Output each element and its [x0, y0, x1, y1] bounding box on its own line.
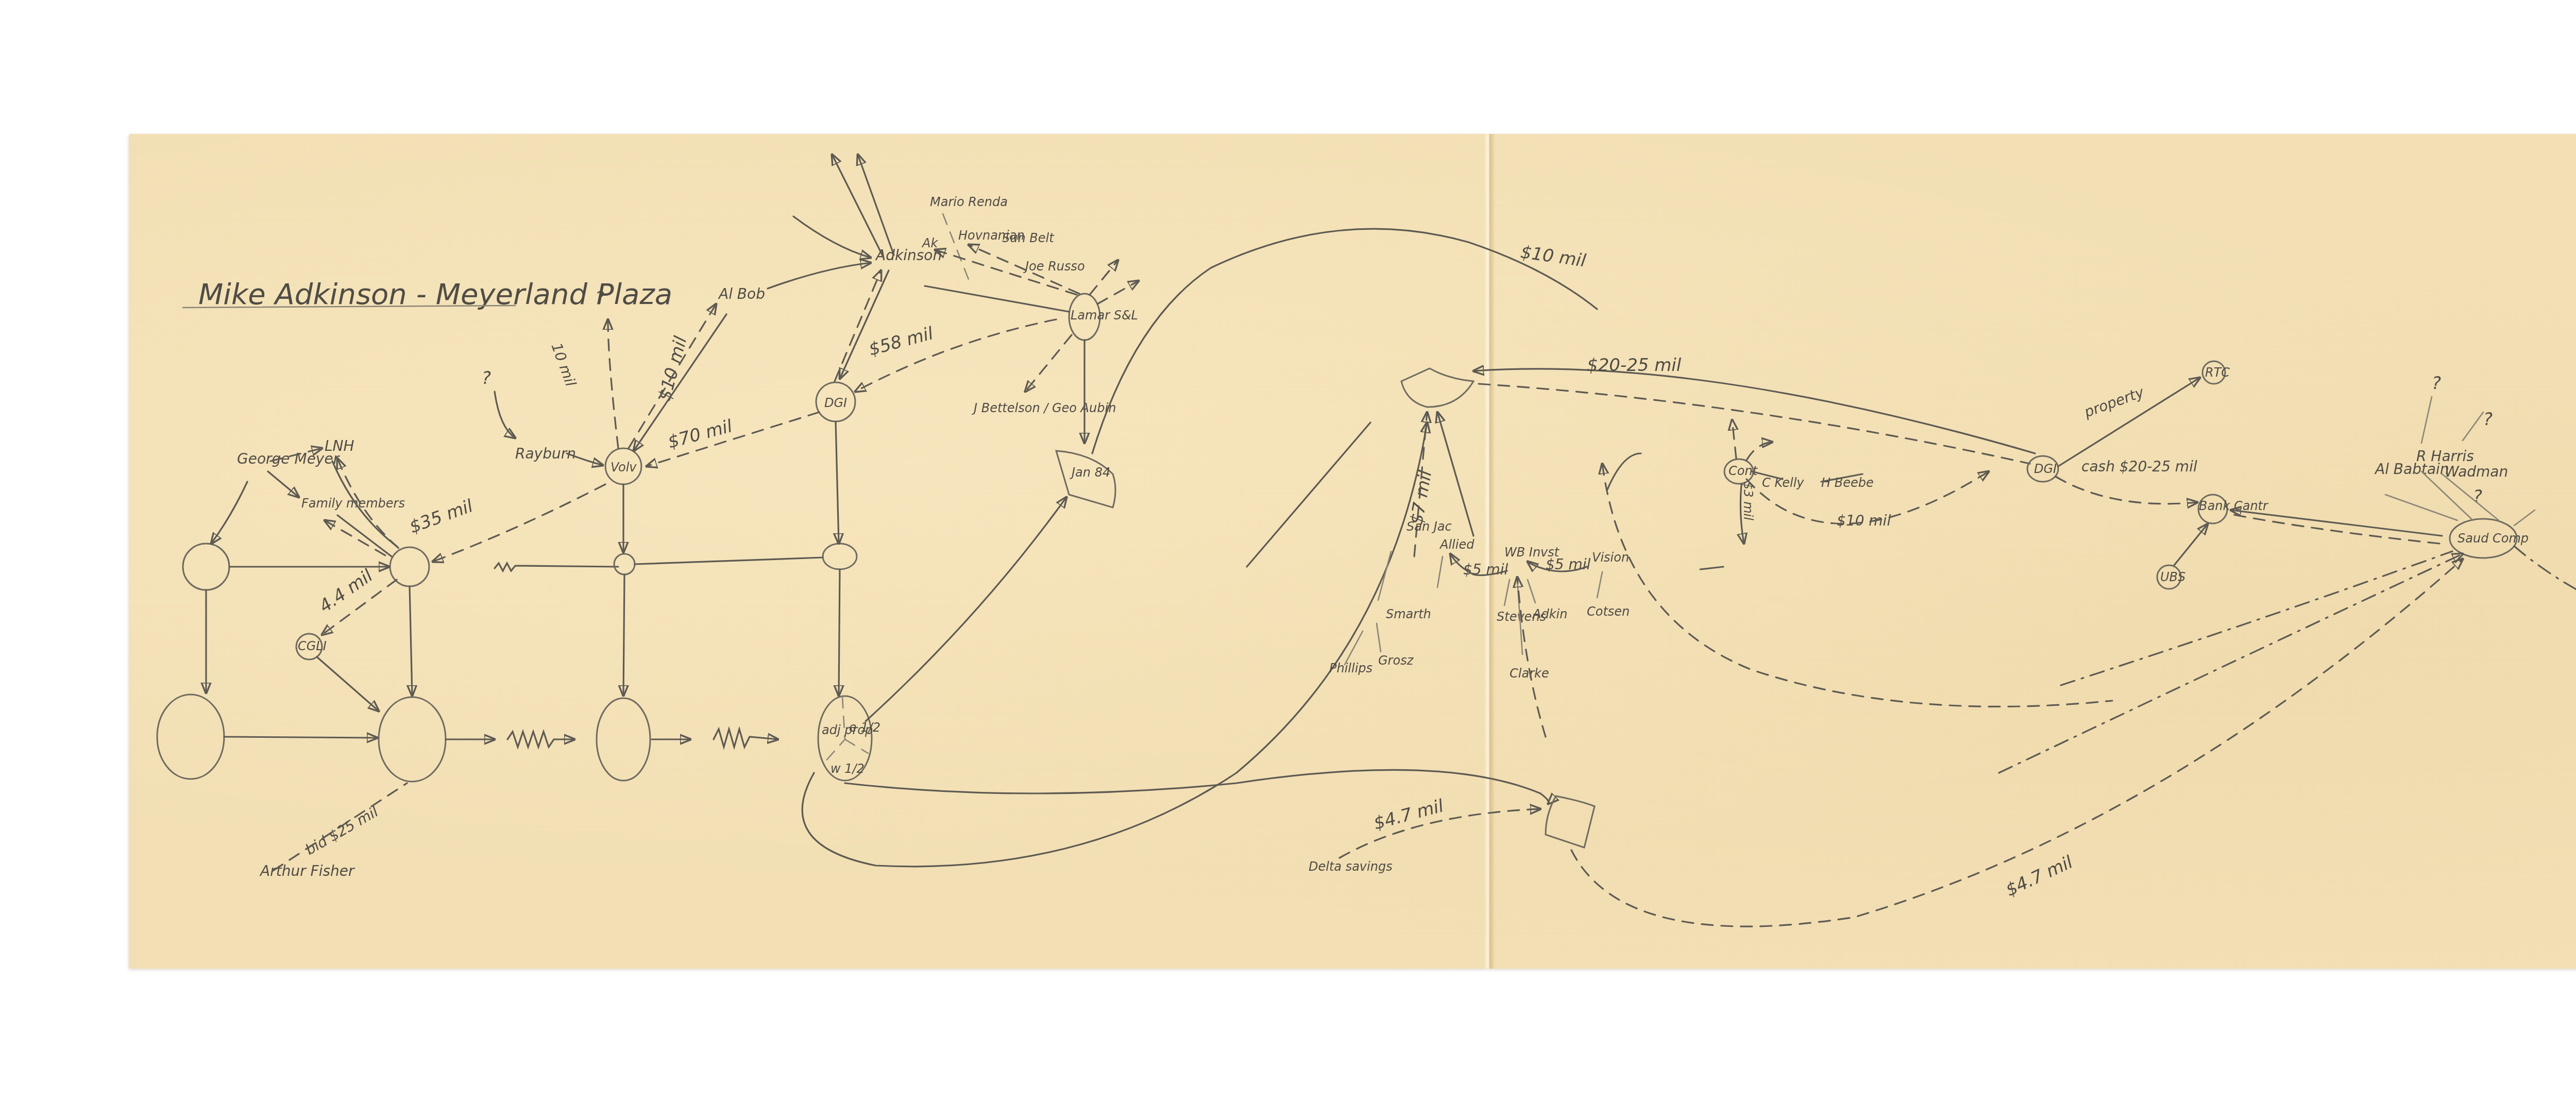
label-lnh: LNH — [325, 437, 354, 454]
label-cotsen: Cotsen — [1587, 604, 1630, 619]
label-e-half: e 1/2 — [849, 720, 880, 735]
label-question-top: ? — [595, 288, 604, 309]
label-family-members: Family members — [301, 496, 405, 511]
label-san-jac: San Jac — [1406, 519, 1452, 534]
amount-3-mil: $3 mil — [1741, 482, 1755, 520]
left-cluster: George Meyer LNH Family members CGLI 4.4… — [157, 437, 618, 879]
label-dgi-right: DGI — [2034, 462, 2057, 476]
label-jan84: Jan 84 — [1070, 465, 1110, 480]
wb-cluster: Allied WB Invst Vision Stevens Adkin Cla… — [1437, 453, 2112, 737]
label-question-1: ? — [2432, 373, 2441, 394]
label-volv: Volv — [611, 460, 637, 475]
label-ubs: UBS — [2160, 570, 2185, 584]
amount-35-mil: $35 mil — [406, 496, 476, 537]
label-rtc: RTC — [2205, 365, 2230, 380]
amount-70-mil: $70 mil — [666, 416, 735, 453]
label-question-2: ? — [2483, 409, 2493, 430]
label-smarth: Smarth — [1386, 607, 1431, 621]
san-jac-cluster: San Jac Smarth Phillips Grosz — [1329, 519, 1452, 675]
label-saud-comp: Saud Comp — [2458, 531, 2529, 546]
label-lamar-sl: Lamar S&L — [1071, 308, 1138, 323]
node-small-a — [614, 554, 635, 574]
label-bettelson-aubin: J Bettelson / Geo Aubin — [972, 401, 1116, 415]
label-w-half: w 1/2 — [831, 761, 865, 776]
label-wadman: Wadman — [2445, 463, 2508, 480]
node-circle-e — [597, 698, 650, 781]
label-cash-20-25-mil: cash $20-25 mil — [2081, 458, 2197, 475]
node-circle-c — [157, 695, 224, 779]
label-vision: Vision — [1592, 550, 1629, 565]
amount-10-mil-cont: $10 mil — [1837, 512, 1891, 529]
network-diagram: Mike Adkinson - Meyerland Plaza George M… — [0, 0, 2576, 1100]
label-mario-renda: Mario Renda — [930, 195, 1008, 209]
center-node: $20-25 mil $7 mil — [1247, 355, 2035, 567]
split-node: adj prop e 1/2 w 1/2 — [818, 696, 880, 781]
amount-20-25-mil: $20-25 mil — [1587, 355, 1682, 376]
label-phillips: Phillips — [1329, 661, 1372, 675]
label-ak: Ak — [921, 236, 938, 250]
amount-4-4-mil: 4.4 mil — [315, 565, 377, 617]
label-r-harris: R Harris — [2416, 448, 2474, 465]
label-allied: Allied — [1439, 537, 1475, 552]
label-cont: Cont — [1728, 464, 1758, 478]
cont-cluster: Cont C Kelly H Beebe $10 mil $3 mil — [1700, 420, 1989, 569]
label-grosz: Grosz — [1378, 653, 1414, 668]
node-small-b — [823, 544, 857, 569]
amount-4-7-mil-bottom: $4.7 mil — [1371, 796, 1446, 834]
delta-cluster: Delta savings $4.7 mil $4.7 mil — [1309, 559, 2463, 926]
label-al-bob: Al Bob — [718, 285, 765, 302]
lamar-cluster: Lamar S&L Mario Renda Ak Hovnanian Sun B… — [921, 195, 1139, 443]
jan84-node: Jan 84 — [866, 229, 1597, 721]
label-dgi-left: DGI — [824, 396, 847, 410]
middle-left-cluster: Volv DGI Rayburn ? ? Al Bob Adkinson $70… — [482, 155, 1056, 781]
node-fan-bottom — [1546, 796, 1595, 848]
label-adkin: Adkin — [1532, 607, 1567, 621]
label-question-left: ? — [482, 368, 491, 388]
amount-4-7-mil-right: $4.7 mil — [2003, 852, 2076, 901]
label-joe-russo: Joe Russo — [1023, 259, 1085, 274]
label-property: property — [2081, 383, 2146, 421]
label-h-beebe: H Beebe — [1821, 476, 1874, 490]
amount-58-mil: $58 mil — [867, 323, 936, 360]
saud-comp-cluster: Saud Comp Al Babtain R Harris Wadman ? ?… — [1999, 373, 2576, 773]
label-c-kelly: C Kelly — [1762, 476, 1804, 490]
label-cgli: CGLI — [298, 639, 327, 653]
amount-10-mil-left: 10 mil — [548, 341, 579, 389]
label-sun-belt: Sun Belt — [1002, 231, 1055, 245]
node-circle-a — [183, 544, 229, 590]
node-circle-d — [379, 697, 446, 782]
amount-bid-25-mil: bid $25 mil — [302, 803, 381, 858]
dgi-right-cluster: DGI RTC Bank Cantr UBS property cash $20… — [2027, 361, 2269, 589]
label-delta-savings: Delta savings — [1309, 859, 1393, 874]
